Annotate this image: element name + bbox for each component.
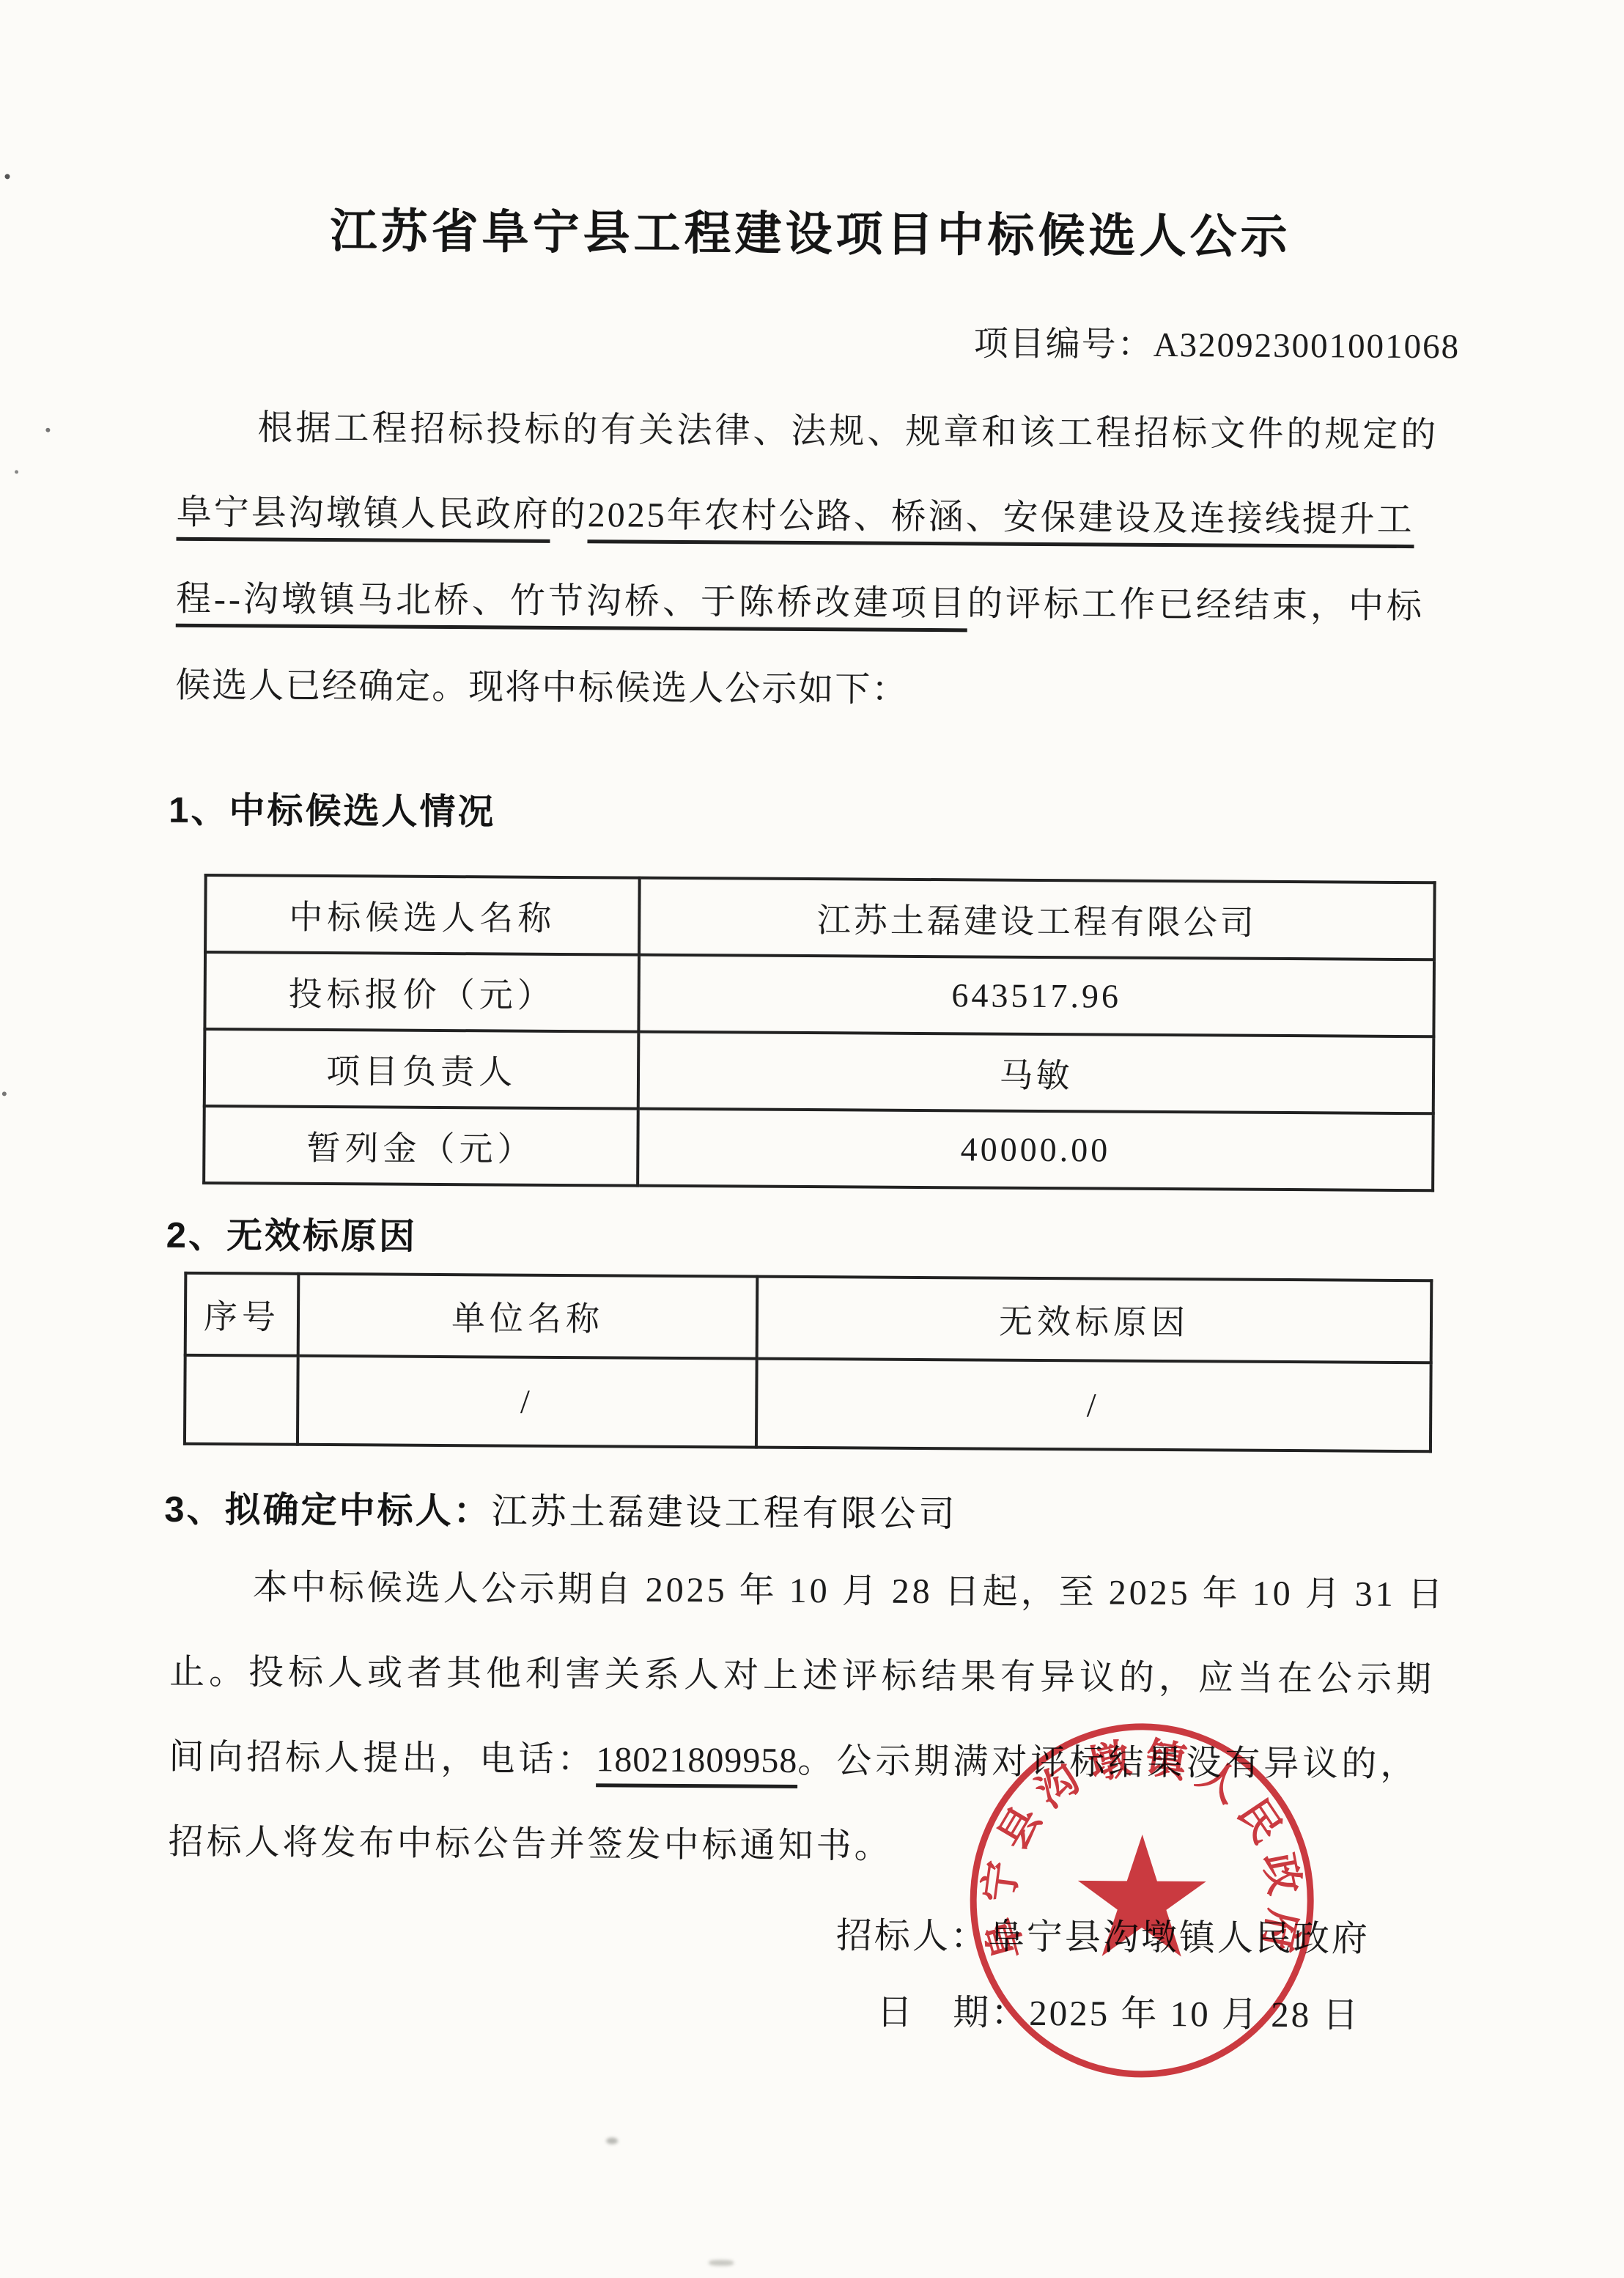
- underlined-employer-name: 阜宁县沟墩镇人民政府: [176, 493, 550, 543]
- seal-star-icon: [1077, 1834, 1206, 1956]
- scan-artifact-speck: [2, 1091, 7, 1096]
- unit-name-header: 单位名称: [298, 1274, 758, 1359]
- notice-period-line-1: 本中标候选人公示期自 2025 年 10 月 28 日起，至 2025 年 10…: [253, 1566, 1446, 1616]
- provisional-sum-label: 暂列金（元）: [204, 1106, 638, 1186]
- invalid-reason-header: 无效标原因: [757, 1277, 1432, 1363]
- candidate-name-value: 江苏土磊建设工程有限公司: [639, 878, 1435, 960]
- section-1-heading: 1、中标候选人情况: [169, 782, 496, 836]
- section-3-heading: 3、拟确定中标人：江苏土磊建设工程有限公司: [164, 1481, 958, 1538]
- underlined-project-name-part2: 程--沟墩镇马北桥、竹节沟桥、于陈桥改建项目: [176, 580, 967, 633]
- intro-line-3-plain: 的评标工作已经结束，中标: [967, 584, 1425, 626]
- page-title: 江苏省阜宁县工程建设项目中标候选人公示: [0, 191, 1623, 269]
- scan-artifact-smudge: [606, 2137, 618, 2144]
- invalid-reason-cell: /: [756, 1359, 1431, 1452]
- scan-artifact-speck: [4, 174, 10, 179]
- bid-price-label: 投标报价（元）: [204, 952, 639, 1032]
- notice-period-line-2: 止。投标人或者其他利害关系人对上述评标结果有异议的，应当在公示期: [169, 1651, 1436, 1702]
- scanned-document-page: 江苏省阜宁县工程建设项目中标候选人公示 项目编号：A32092300100106…: [0, 0, 1624, 2278]
- intro-line-4: 候选人已经确定。现将中标候选人公示如下：: [175, 665, 908, 712]
- invalid-bid-table: 序号 单位名称 无效标原因 / /: [183, 1272, 1433, 1453]
- scan-artifact-speck: [15, 470, 18, 473]
- table-row: 暂列金（元） 40000.00: [204, 1106, 1433, 1190]
- candidate-name-label: 中标候选人名称: [205, 875, 640, 955]
- winning-candidate-table: 中标候选人名称 江苏土磊建设工程有限公司 投标报价（元） 643517.96 项…: [202, 874, 1436, 1192]
- notice-period-line-4: 招标人将发布中标公告并签发中标通知书。: [168, 1821, 892, 1868]
- underlined-project-name-part1: 2025年农村公路、桥涵、安保建设及连接线提升工: [587, 495, 1414, 548]
- scan-artifact-speck: [45, 428, 50, 432]
- intro-line-2: 阜宁县沟墩镇人民政府的2025年农村公路、桥涵、安保建设及连接线提升工: [177, 492, 1414, 542]
- project-number: 项目编号：A320923001001068: [974, 316, 1461, 368]
- table-row: 项目负责人 马敏: [204, 1029, 1434, 1113]
- seq-cell: [185, 1355, 298, 1445]
- project-manager-value: 马敏: [638, 1032, 1434, 1114]
- intro-line-2-plain: 的: [550, 495, 588, 534]
- section-2-heading: 2、无效标原因: [166, 1207, 417, 1260]
- proposed-winner-name: 江苏土磊建设工程有限公司: [491, 1491, 957, 1534]
- unit-name-cell: /: [298, 1356, 757, 1448]
- table-row: / /: [185, 1355, 1431, 1451]
- seq-header: 序号: [185, 1273, 299, 1356]
- project-manager-label: 项目负责人: [204, 1029, 639, 1109]
- contact-phone-number: 18021809958: [596, 1740, 797, 1788]
- provisional-sum-value: 40000.00: [638, 1109, 1433, 1191]
- intro-line-3: 程--沟墩镇马北桥、竹节沟桥、于陈桥改建项目的评标工作已经结束，中标: [176, 578, 1425, 628]
- table-row: 投标报价（元） 643517.96: [204, 952, 1434, 1036]
- bid-price-value: 643517.96: [638, 955, 1434, 1037]
- section-3-heading-label: 3、拟确定中标人：: [164, 1490, 492, 1532]
- scan-artifact-smudge: [709, 2260, 734, 2266]
- official-seal-stamp: 阜宁县沟墩镇人民政府: [965, 1719, 1319, 2081]
- intro-line-1: 根据工程招标投标的有关法律、法规、规章和该工程招标文件的规定的: [257, 407, 1439, 457]
- table-header-row: 序号 单位名称 无效标原因: [185, 1273, 1432, 1363]
- phone-line-prefix: 间向招标人提出，电话：: [169, 1738, 596, 1780]
- table-row: 中标候选人名称 江苏土磊建设工程有限公司: [205, 875, 1435, 959]
